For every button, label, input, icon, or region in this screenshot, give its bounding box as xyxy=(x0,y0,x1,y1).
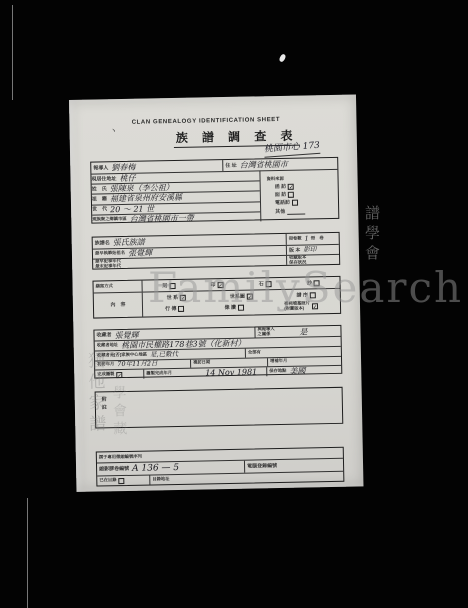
method-label: 繕寫方式 xyxy=(96,284,113,289)
holder-table: 收藏者 張覺輝 與報導人 之關係 是 收藏者地址 桃園市民權路178巷3號（化新… xyxy=(93,325,342,379)
holder-label: 收藏者 xyxy=(96,332,111,338)
remarks-label: 附註 xyxy=(101,396,107,412)
cataloged-label: 已在目錄 xyxy=(99,478,116,483)
source-opt2-checkbox xyxy=(288,192,294,198)
method-opt4-label: 抄 xyxy=(307,280,312,286)
dust-speck xyxy=(278,53,286,62)
settlement-value: 台灣省桃園市一帶 xyxy=(130,213,194,223)
first-author-value: 張覺輝 xyxy=(128,248,152,257)
source-other-blank xyxy=(287,208,305,215)
method-opt3-label: 石 xyxy=(259,281,264,287)
method-opt4-checkbox xyxy=(314,280,320,286)
genealogy-name-label: 族譜名 xyxy=(95,240,110,246)
film-scratch-top xyxy=(12,5,13,100)
genealogy-table: 族譜名 張氏族譜 冊卷數 1 冊 卷 最早執筆始祖名 張覺輝 版 本 影印 最早… xyxy=(92,232,341,270)
address-value: 台灣省桃園市 xyxy=(240,160,288,170)
cataloged-checkbox xyxy=(118,478,124,484)
era-cell: 最早記事年代 最末記事年代 xyxy=(93,256,286,269)
content-opt6-checkbox: ✓ xyxy=(312,303,318,309)
edition-label: 版 本 xyxy=(289,247,301,253)
film-location-label: 保存地點 xyxy=(269,369,286,374)
content-opt6-sublabel: (附圖版本) xyxy=(284,306,310,311)
content-opt1-label: 世 系 xyxy=(167,295,179,301)
content-label: 內 容 xyxy=(110,302,125,308)
source-opt1-checkbox: ✓ xyxy=(288,184,294,190)
content-label-cell: 內 容 xyxy=(94,293,142,318)
method-opt3-checkbox xyxy=(266,281,272,287)
filmed-checkbox: ✓ xyxy=(116,372,122,378)
catalog-address-label: 目錄地址 xyxy=(152,477,169,482)
source-opt3-label: 電話訪 xyxy=(275,200,290,206)
residence-value: 桃仔 xyxy=(119,174,135,183)
volumes-label: 冊卷數 xyxy=(289,237,302,242)
microfilm-table: 摺子專用微縮編號序列 縮影膠卷編號 A 136 — 5 電腦登錄編號 已在目錄 … xyxy=(96,447,345,487)
source-cell: 資料來源 函 訪 ✓ 面 訪 電話訪 其他 xyxy=(259,169,338,221)
content-options-cell: 世 系 ✓ 世系圖 ✓ 譜 序 行 傳 xyxy=(142,289,340,317)
content-opt4-label: 行 傳 xyxy=(165,305,177,311)
residence-label: 現居住地址 xyxy=(91,176,116,182)
method-opt1-checkbox xyxy=(169,282,175,288)
origin-value: 是,已數代 xyxy=(150,351,178,359)
film-scratch-bottom xyxy=(27,498,28,608)
visit-label: 初訪年月 xyxy=(97,363,114,368)
handwritten-page-note: 桃園市心 173 xyxy=(264,141,321,158)
condition-cell: 收藏版本 保存狀況 xyxy=(286,255,339,265)
source-header: 資料來源 xyxy=(267,176,284,181)
supplement-label: 增補年月 xyxy=(270,359,287,364)
source-other-label: 其他 xyxy=(275,209,285,215)
content-opt2-label: 世系圖 xyxy=(230,293,245,299)
content-opt5-label: 像 讚 xyxy=(225,304,237,310)
filmdate-label: 攝製完成年月 xyxy=(146,371,172,376)
format-table: 繕寫方式 刻 印 ✓ 石 抄 xyxy=(92,276,341,319)
computer-number-label: 電腦登錄編號 xyxy=(247,463,277,470)
content-opt3-checkbox xyxy=(310,292,316,298)
informant-label: 報導人 xyxy=(93,165,108,171)
film-location-cell: 保存地點 美國 xyxy=(266,366,341,376)
source-opt1-label: 函 訪 xyxy=(275,184,287,190)
content-opt4-checkbox xyxy=(178,305,184,311)
scanned-form-page: CLAN GENEALOGY IDENTIFICATION SHEET 族 譜 … xyxy=(69,94,363,491)
remarks-box: 附註 xyxy=(95,387,344,429)
filmdate-value-cell: 14 Nov 1981 xyxy=(200,367,266,377)
volumes-value: 1 xyxy=(305,235,309,242)
filmed-cell: 完成攝製 ✓ xyxy=(95,370,143,380)
generation-label: 世 代 xyxy=(92,206,107,212)
holder-value: 張覺輝 xyxy=(114,330,138,339)
content-opt1-checkbox: ✓ xyxy=(180,294,186,300)
source-opt2-label: 面 訪 xyxy=(275,192,287,198)
source-opt3-checkbox xyxy=(292,200,298,206)
settlement-row: 現族聚之鄉鎮市區 台灣省桃園市一帶 xyxy=(92,211,260,224)
edition-value: 影印 xyxy=(303,246,316,253)
genealogy-name-value: 張氏族譜 xyxy=(113,238,145,248)
filmdate-value: 14 Nov 1981 xyxy=(205,367,257,377)
address-label: 住 址 xyxy=(225,162,237,168)
identity-table: 報導人 劉春梅 住 址 台灣省桃園市 現居住地址 桃仔 姓 氏 張陳泉（李公祖）… xyxy=(90,157,339,224)
content-opt5-checkbox xyxy=(238,304,244,310)
era-label-2: 最末記事年代 xyxy=(95,264,121,269)
roll-number-label: 縮影膠卷編號 xyxy=(99,466,129,473)
settlement-label: 現族聚之鄉鎮市區 xyxy=(92,217,126,222)
filmed-label: 完成攝製 xyxy=(97,372,114,377)
content-opt2-checkbox: ✓ xyxy=(247,293,253,299)
revisit-label: 複訪日期 xyxy=(193,361,210,366)
method-opt2-label: 印 xyxy=(210,282,215,288)
ancestral-home-label: 祖 籍 xyxy=(92,196,107,202)
roll-number-value: A 136 — 5 xyxy=(132,463,179,473)
handwritten-tick-mark: ヽ xyxy=(109,125,117,136)
content-opt3-label: 譜 序 xyxy=(296,292,308,298)
origin-all-label: 全部有 xyxy=(248,350,261,355)
filmdate-label-cell: 攝製完成年月 xyxy=(143,369,200,379)
seal-watermark-right: 譜學會 xyxy=(362,205,383,265)
visit-value: 70年11月2日 xyxy=(117,361,157,369)
condition-label-2: 保存狀況 xyxy=(289,260,306,265)
first-author-label: 最早執筆始祖名 xyxy=(95,251,125,256)
volumes-unit-label: 冊 卷 xyxy=(311,236,324,241)
relation-value: 是 xyxy=(299,327,307,336)
catalog-address-cell: 目錄地址 xyxy=(149,472,343,485)
film-location-value: 美國 xyxy=(289,367,305,376)
origin-label: 收藏者是[否]家族中心地區 xyxy=(97,352,147,358)
informant-value: 劉春梅 xyxy=(111,163,135,172)
cataloged-cell: 已在目錄 xyxy=(97,476,149,486)
holder-address-label: 收藏者地址 xyxy=(97,343,119,348)
microfilm-header: 摺子專用微縮編號序列 xyxy=(99,454,142,460)
method-opt2-checkbox: ✓ xyxy=(217,282,223,288)
surname-label: 姓 氏 xyxy=(92,186,107,192)
method-opt1-label: 刻 xyxy=(162,283,167,289)
